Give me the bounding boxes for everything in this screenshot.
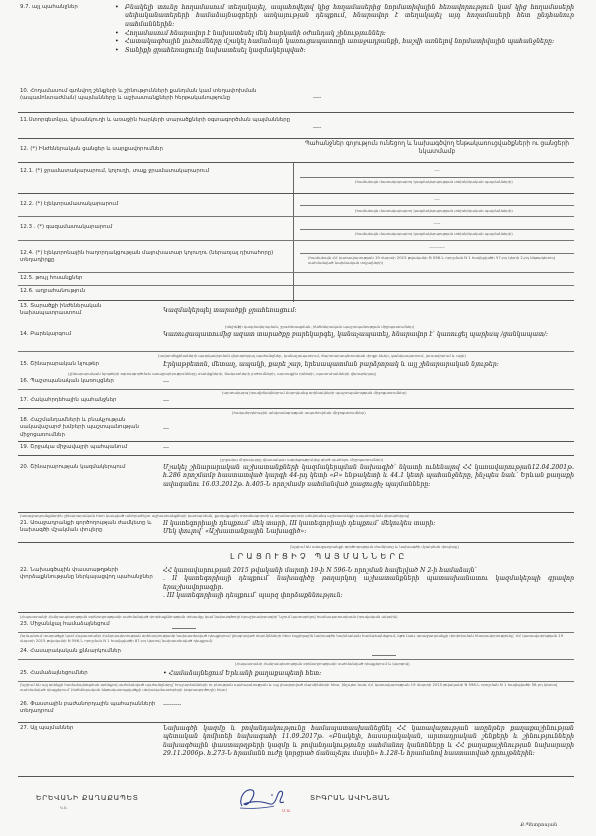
divider bbox=[18, 112, 574, 113]
section-16-label: 16. Պաշտպանական կառույցներ bbox=[18, 378, 163, 386]
section-10: 10. Հողամասում գտնվող շենքերի և շինությո… bbox=[18, 88, 574, 103]
divider bbox=[18, 455, 574, 456]
section-22-label: 22. Նախագծային փաստաթղթերի փորձաքննությա… bbox=[18, 567, 163, 600]
section-25: 25. Համաձայնեցումներ • Համաձայնեցում Երև… bbox=[18, 670, 574, 678]
section-13: 13. Տարածքի ինժեներական նախապատրաստում Կ… bbox=[18, 303, 574, 318]
section-21-value: II կատեգորիայի դեպքում՝ մեկ տարի, III կա… bbox=[163, 520, 574, 537]
divider bbox=[300, 205, 574, 206]
divider bbox=[300, 253, 574, 254]
section-23-value-line bbox=[172, 628, 196, 629]
divider bbox=[300, 229, 574, 230]
divider bbox=[18, 722, 574, 723]
section-14-value: Կառուցապատումից ազատ տարածքը բարեկարգել,… bbox=[163, 331, 574, 339]
section-12-5-label: 12.5. թույլ հոսանքներ bbox=[18, 275, 293, 282]
section-26-value: --------- bbox=[163, 701, 574, 716]
section-13-value: Կազմակերպել տարածքի ջրահեռացում: bbox=[163, 303, 574, 318]
divider bbox=[18, 776, 574, 777]
section-17: 17. Հակահրդեհային պահանջներ --- bbox=[18, 397, 574, 405]
section-10-value: ---- bbox=[313, 88, 574, 103]
section-12-label: 12. (*) Ինժեներական ցանցեր և սարքավորում… bbox=[18, 146, 298, 153]
section-16: 16. Պաշտպանական կառույցներ --- bbox=[18, 378, 574, 386]
section-25-text: Համաձայնեցում Երևանի քաղաքապետի հետ: bbox=[169, 670, 322, 677]
section-22-note: (Հայաստանի Հանրապետության օրենսդրությամբ… bbox=[20, 614, 398, 619]
executor-name: Ք.Պետրոսյան bbox=[520, 822, 557, 829]
section-12-6: 12.6. աղբահանություն bbox=[18, 288, 574, 295]
seal-placeholder: Կ.Տ. bbox=[60, 806, 68, 811]
bullet-item: Տանիքի ցրահեռացումը նախատեսել կազմակերպվ… bbox=[113, 47, 574, 55]
divider bbox=[18, 300, 574, 301]
section-12-1-label: 12.1. (*) ջրամատակարարում, կոյուղի, տաք … bbox=[18, 168, 293, 175]
stamp-note: Ս.Ա. bbox=[282, 808, 291, 813]
section-21-line: Մեկ փուլով՝ «Աշխատանքային Նախագիծ»: bbox=[163, 528, 574, 536]
document-page: 9.7. այլ պահանջներ Բնակելի տունը հողամաս… bbox=[0, 0, 596, 836]
contracts-heading: ԼՐԱՑՈՒՑԻՉ ՊԱՅՄԱՆՆԵՐԸ bbox=[230, 552, 408, 563]
section-11-value: ---- bbox=[313, 117, 574, 132]
bullet-item: Հատակագծային լուծումները մշակել համաձայն… bbox=[113, 38, 574, 46]
section-21-line: II կատեգորիայի դեպքում՝ մեկ տարի, III կա… bbox=[163, 520, 574, 528]
section-14-note: (ավտոմեքենաների պարկավորման վերաբերյալ պ… bbox=[158, 353, 466, 358]
section-12-4-label: 12.4. (*) էլեկտրոնային հաղորդակցության մ… bbox=[18, 250, 278, 265]
section-24-label: 24. Հասարակական քննարկումներ bbox=[18, 648, 163, 655]
section-15-label: 15. Շինարարական նյութեր bbox=[18, 361, 163, 369]
bullet-item: Բնակելի տունը հողամասում տեղակայել, ապահ… bbox=[113, 4, 574, 29]
divider bbox=[18, 612, 574, 613]
divider bbox=[18, 138, 574, 139]
section-12-3-note: (համաձայն մատակարարող կազմակերպության տե… bbox=[355, 231, 513, 236]
section-27: 27. Այլ պայմաններ Նախագծի կազմը և բովանդ… bbox=[18, 725, 574, 758]
section-19-note: (շրջակա միջավայրը վնասակար ազդեցությունի… bbox=[220, 457, 383, 462]
section-23-note: (Երևանում տարածքի կամ Հայաստանի Հանրապետ… bbox=[20, 633, 576, 643]
section-9-7-label: 9.7. այլ պահանջներ bbox=[18, 4, 113, 56]
section-11: 11.Ստորգետնյա, կիսանկուղի և առաջին հարկե… bbox=[18, 117, 574, 132]
divider bbox=[18, 240, 574, 241]
section-15-value: Էրկաթբետոն, մետաղ, ապակի, քարե շար, երես… bbox=[163, 361, 574, 369]
section-26-label: 26. Փաստային բաժանորդային պահարանների տե… bbox=[18, 701, 163, 716]
section-14: 14. Բարեկարգում Կառուցապատումից ազատ տար… bbox=[18, 331, 574, 339]
section-14-label: 14. Բարեկարգում bbox=[18, 331, 163, 339]
section-21-note: (նշվում են առաջադրանքի գործողության ժամկ… bbox=[290, 544, 459, 549]
divider bbox=[18, 193, 574, 194]
section-27-value: Նախագծի կազմը և բովանդակությունը համապատ… bbox=[163, 725, 574, 758]
section-20-note: (առաջադրանքներին շինարարական հետ կապված … bbox=[20, 513, 409, 518]
section-21: 21. Առաջադրանքի գործողության ժամկետը և ն… bbox=[18, 520, 574, 537]
section-19: 19. Շրջակա միջավայրի պահպանում --- bbox=[18, 444, 574, 452]
section-12-2-note: (համաձայն մատակարարող կազմակերպության տե… bbox=[355, 208, 513, 213]
signatory-name: ՏԻԳՐԱՆ ԱՎԻՆՅԱՆ bbox=[310, 793, 390, 803]
section-12-header: Պահանջներ գոյություն ունեցող և նախագծվող… bbox=[300, 140, 574, 156]
section-12-6-label: 12.6. աղբահանություն bbox=[18, 288, 293, 295]
section-19-value: --- bbox=[163, 444, 574, 452]
section-24: 24. Հասարակական քննարկումներ bbox=[18, 648, 574, 655]
section-20-value: Մշակել շինարարական աշխատանքների կազմակեր… bbox=[163, 464, 574, 489]
section-12-3-label: 12.3 . (*) գազամատակարարում bbox=[18, 224, 293, 231]
section-17-value: --- bbox=[163, 397, 574, 405]
divider bbox=[18, 162, 574, 163]
section-16-value: --- bbox=[163, 378, 574, 386]
section-15-note: (շինարարական նյութերի օգտագործման առաջար… bbox=[68, 371, 376, 376]
section-17-label: 17. Հակահրդեհային պահանջներ bbox=[18, 397, 163, 405]
section-22-line: ՀՀ կառավարության 2015 թվականի մարտի 19-ի… bbox=[163, 567, 574, 575]
section-12-4-value: --------- bbox=[300, 245, 574, 252]
section-12-1-value: --- bbox=[300, 168, 574, 175]
section-12-4-note: (համաձայն ՀՀ կառավարության 19 մարտի 2015… bbox=[308, 255, 570, 265]
section-25-note: (նշվում են այլ օրենքի համաձայնեցման օրեն… bbox=[20, 682, 576, 692]
section-17-note: (հակահրդեհային անվտանգության ապահովման մ… bbox=[232, 410, 366, 415]
section-25-label: 25. Համաձայնեցումներ bbox=[18, 670, 163, 678]
section-18-value: --- bbox=[163, 417, 574, 439]
section-12-2-label: 12.2. (*) էլեկտրամատակարարում bbox=[18, 201, 293, 208]
section-13-note: (ռելիեֆի կազմակերպման, ջրահեռացման, ինժե… bbox=[225, 324, 414, 329]
section-11-label: 11.Ստորգետնյա, կիսանկուղի և առաջին հարկե… bbox=[18, 117, 313, 132]
section-21-label: 21. Առաջադրանքի գործողության ժամկետը և ն… bbox=[18, 520, 163, 537]
section-19-label: 19. Շրջակա միջավայրի պահպանում bbox=[18, 444, 163, 452]
section-23-label: 23. Միջանկյալ համաձայնեցում bbox=[18, 621, 163, 628]
divider bbox=[18, 272, 574, 273]
section-23: 23. Միջանկյալ համաձայնեցում bbox=[18, 621, 574, 628]
bullet-item: Հողամասում հնարավոր է նախատեսել մեկ հարկ… bbox=[113, 30, 574, 38]
section-16-note: (արտակարգ իրավիճակներում մարդկանց օրինակ… bbox=[222, 390, 407, 395]
divider bbox=[18, 285, 574, 286]
section-26: 26. Փաստային բաժանորդային պահարանների տե… bbox=[18, 701, 574, 716]
section-24-value-line bbox=[372, 655, 396, 656]
section-13-label: 13. Տարածքի ինժեներական նախապատրաստում bbox=[18, 303, 163, 318]
divider bbox=[18, 441, 574, 442]
section-9-7-bullets: Բնակելի տունը հողամասում տեղակայել, ապահ… bbox=[113, 4, 574, 56]
section-20-label: 20. Շինարարության կազմակերպում bbox=[18, 464, 163, 489]
section-25-value: • Համաձայնեցում Երևանի քաղաքապետի հետ: bbox=[163, 670, 574, 678]
section-12-2-value: --- bbox=[300, 197, 574, 204]
divider bbox=[18, 216, 574, 217]
section-27-label: 27. Այլ պայմաններ bbox=[18, 725, 163, 758]
section-12-5: 12.5. թույլ հոսանքներ bbox=[18, 275, 574, 282]
section-9-7: 9.7. այլ պահանջներ Բնակելի տունը հողամաս… bbox=[18, 4, 574, 56]
divider bbox=[18, 659, 574, 660]
section-10-label: 10. Հողամասում գտնվող շենքերի և շինությո… bbox=[18, 88, 313, 103]
section-22: 22. Նախագծային փաստաթղթերի փորձաքննությա… bbox=[18, 567, 574, 600]
divider bbox=[18, 542, 574, 543]
section-20: 20. Շինարարության կազմակերպում Մշակել շի… bbox=[18, 464, 574, 489]
section-18-label: 18. Հաշմանդամների և բնակչության սակավաշա… bbox=[18, 417, 163, 439]
mayor-title: ԵՐԵՎԱՆԻ ՔԱՂԱՔԱՊԵՏ bbox=[36, 793, 139, 803]
section-22-line: . II կատեգորիայի դեպքում՝ նախագիծը թողար… bbox=[163, 575, 574, 592]
section-22-line: . III կատեգորիայի դեպքում՝ պարզ փորձաքնն… bbox=[163, 592, 574, 600]
section-22-value: ՀՀ կառավարության 2015 թվականի մարտի 19-ի… bbox=[163, 567, 574, 600]
section-12-3-value: ---- bbox=[300, 221, 574, 228]
divider bbox=[300, 177, 574, 178]
divider bbox=[18, 408, 574, 409]
section-18: 18. Հաշմանդամների և բնակչության սակավաշա… bbox=[18, 417, 574, 439]
section-15: 15. Շինարարական նյութեր Էրկաթբետոն, մետա… bbox=[18, 361, 574, 369]
section-12-1-note: (համաձայն մատակարարող կազմակերպության տե… bbox=[355, 179, 513, 184]
divider bbox=[18, 351, 574, 352]
section-24-note: (Հայաստանի Հանրապետության օրենսդրությամբ… bbox=[235, 661, 410, 666]
